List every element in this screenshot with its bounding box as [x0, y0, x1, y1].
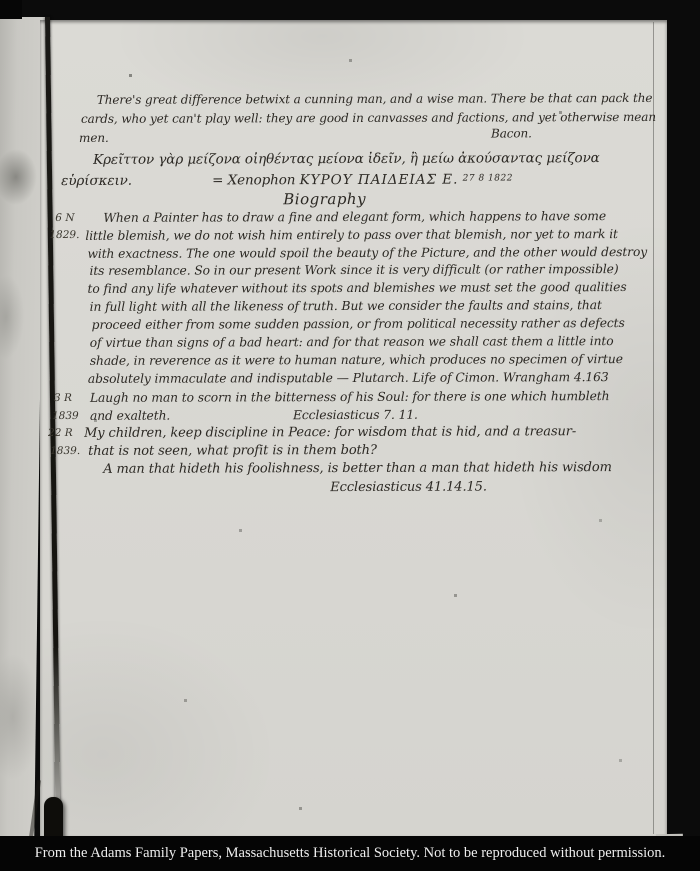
- eccl7-citation: Ecclesiasticus 7. 11.: [293, 408, 418, 422]
- greek-quote-line1: Κρεῖττον γὰρ μείζονα οἰηθέντας μείονα ἰδ…: [93, 150, 600, 168]
- margin-date-year-1: 1829.: [49, 229, 79, 241]
- plutarch-line: to find any life whatever without its sp…: [88, 280, 627, 296]
- bacon-quote-line3: men.: [79, 131, 109, 145]
- margin-date-day-1: 6 N: [55, 212, 74, 224]
- margin-date-day-2: 3 R: [54, 392, 72, 404]
- margin-date-year-2: 1839: [52, 410, 79, 422]
- eccl7-line1: Laugh no man to scorn in the bitterness …: [90, 389, 610, 405]
- eccl41-line1: My children, keep discipline in Peace: f…: [84, 424, 576, 441]
- greek-citation-date: 27 8 1822: [463, 173, 513, 183]
- greek-citation: = Xenophon ΚΥΡΟΥ ΠΑΙΔΕΙΑΣ Ε. 27 8 1822: [212, 171, 513, 188]
- eccl7-line2: and exalteth.: [90, 409, 170, 423]
- margin-date-year-3: 1839.: [50, 445, 80, 457]
- plutarch-line: in full light with all the likeness of t…: [90, 298, 602, 314]
- scanned-manuscript-photo: There's great difference betwixt a cunni…: [0, 0, 700, 871]
- greek-citation-title: ΚΥΡΟΥ ΠΑΙΔΕΙΑΣ Ε.: [300, 172, 459, 189]
- plutarch-line: little blemish, we do not wish him entir…: [85, 227, 618, 243]
- plutarch-line: shade, in reverence as it were to human …: [90, 352, 623, 368]
- greek-citation-author: = Xenophon: [212, 172, 299, 188]
- bacon-attribution: Bacon.: [491, 126, 532, 140]
- biography-heading: Biography: [283, 190, 366, 208]
- plutarch-line: absolutely immaculate and indisputable —…: [88, 370, 609, 386]
- plutarch-line: of virtue than signs of a bad heart: and…: [90, 334, 614, 350]
- bacon-quote-line2: cards, who yet can't play well: they are…: [81, 110, 656, 126]
- margin-date-day-3: 22 R: [48, 427, 73, 439]
- plutarch-line: its resemblance. So in our present Work …: [89, 262, 618, 278]
- plutarch-line: with exactness. The one would spoil the …: [87, 245, 647, 261]
- scan-artifact-blob: [44, 797, 63, 839]
- footer-credit: From the Adams Family Papers, Massachuse…: [0, 845, 700, 862]
- plutarch-line: proceed either from some sudden passion,…: [92, 316, 625, 332]
- eccl41-citation: Ecclesiasticus 41.14.15.: [330, 480, 487, 496]
- bacon-quote-line1: There's great difference betwixt a cunni…: [97, 91, 653, 107]
- plutarch-line: When a Painter has to draw a fine and el…: [103, 209, 606, 225]
- eccl41-line3: A man that hideth his foolishness, is be…: [103, 460, 612, 477]
- handwritten-content: There's great difference betwixt a cunni…: [0, 0, 700, 837]
- eccl41-line2: that is not seen, what profit is in them…: [88, 443, 377, 459]
- greek-quote-line2: εὑρίσκειν.: [61, 173, 132, 189]
